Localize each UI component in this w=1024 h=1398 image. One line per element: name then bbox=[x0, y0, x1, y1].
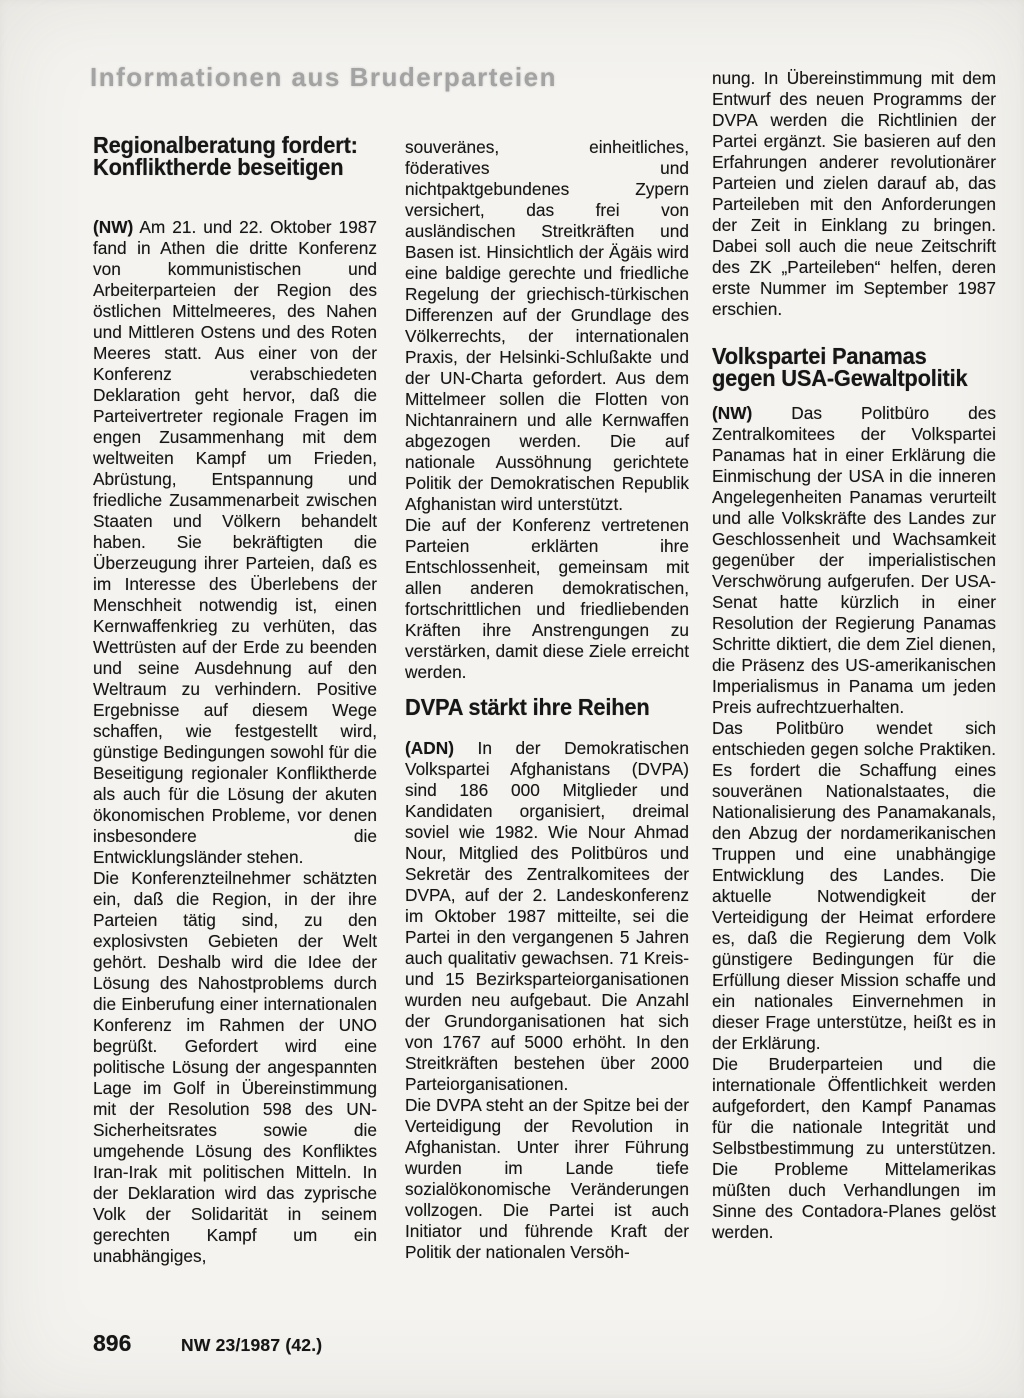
paragraph-text: nung. In Übereinstimmung mit dem Entwurf… bbox=[712, 68, 996, 319]
section-header: Informationen aus Bruderparteien bbox=[90, 62, 557, 93]
article-heading-regionalberatung: Regionalberatung fordert: Konfliktherde … bbox=[93, 134, 363, 178]
paragraph-text: Die Bruderparteien und die international… bbox=[712, 1054, 996, 1242]
paragraph: souveränes, einheitliches, föderatives u… bbox=[405, 137, 689, 515]
paragraph: Die DVPA steht an der Spitze bei der Ver… bbox=[405, 1095, 689, 1263]
page-number: 896 bbox=[93, 1330, 131, 1357]
agency-tag-nw: (NW) bbox=[712, 403, 752, 423]
column-middle: souveränes, einheitliches, föderatives u… bbox=[405, 137, 689, 1263]
paragraph: (NW) Das Politbüro des Zentralkomitees d… bbox=[712, 403, 996, 718]
article-heading-panama: Volkspartei Panamas gegen USA-Gewaltpoli… bbox=[712, 345, 982, 389]
paragraph-text: In der Demokratischen Volkspartei Afghan… bbox=[405, 738, 689, 1094]
paragraph: Die auf der Konferenz vertretenen Partei… bbox=[405, 515, 689, 683]
agency-tag-adn: (ADN) bbox=[405, 738, 454, 758]
paragraph: Das Politbüro wendet sich entschieden ge… bbox=[712, 718, 996, 1054]
paragraph-text: Die DVPA steht an der Spitze bei der Ver… bbox=[405, 1095, 689, 1262]
scanned-magazine-page: Informationen aus Bruderparteien Regiona… bbox=[0, 0, 1024, 1398]
paragraph-text: Das Politbüro des Zentralkomitees der Vo… bbox=[712, 403, 996, 717]
paragraph: nung. In Übereinstimmung mit dem Entwurf… bbox=[712, 68, 996, 320]
paragraph-text: souveränes, einheitliches, föderatives u… bbox=[405, 137, 689, 514]
issue-label: NW 23/1987 (42.) bbox=[181, 1335, 322, 1356]
paragraph: Die Konferenzteilnehmer schätzten ein, d… bbox=[93, 868, 377, 1267]
paragraph-text: Das Politbüro wendet sich entschieden ge… bbox=[712, 718, 996, 1053]
paragraph: (ADN) In der Demokratischen Volkspartei … bbox=[405, 738, 689, 1095]
column-right: nung. In Übereinstimmung mit dem Entwurf… bbox=[712, 68, 996, 1243]
paragraph-text: Am 21. und 22. Oktober 1987 fand in Athe… bbox=[93, 217, 377, 867]
agency-tag-nw: (NW) bbox=[93, 217, 133, 237]
paragraph: Die Bruderparteien und die international… bbox=[712, 1054, 996, 1243]
paragraph-text: Die Konferenzteilnehmer schätzten ein, d… bbox=[93, 868, 377, 1266]
paragraph: (NW) Am 21. und 22. Oktober 1987 fand in… bbox=[93, 217, 377, 868]
column-left: Regionalberatung fordert: Konfliktherde … bbox=[93, 134, 377, 1267]
article-heading-dvpa: DVPA stärkt ihre Reihen bbox=[405, 696, 675, 718]
paragraph-text: Die auf der Konferenz vertretenen Partei… bbox=[405, 515, 689, 682]
